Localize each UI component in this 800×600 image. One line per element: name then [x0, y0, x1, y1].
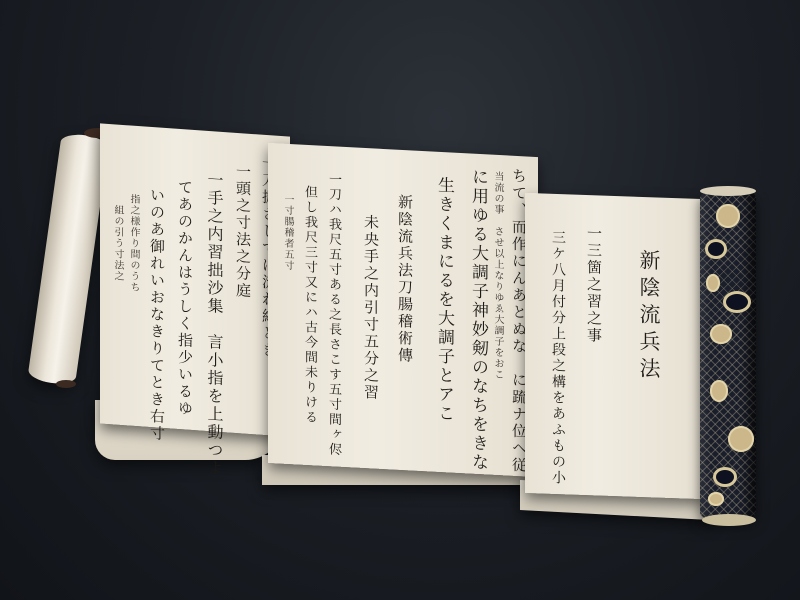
roller-bottom-edge [702, 514, 756, 526]
text-column: 生きくまにるを大調子とアこ [435, 176, 452, 424]
text-column: 三ケ八月付分上段之構をあふもの小 [551, 230, 565, 486]
left-roller-bottom-cap [56, 380, 76, 388]
text-column: 新陰流兵法刀腸稽術傳 [397, 194, 412, 365]
scroll-title: 新陰流兵法 [638, 249, 659, 385]
text-column: いのあ御れいおなきりてとき右寸 [149, 187, 164, 443]
brocade-cover-roller [700, 190, 756, 520]
text-column: 未央手之内引寸五分之習 [363, 214, 378, 402]
scroll-panel-left: 一刀振さしでは流れ縁とき 一頭之寸法之分庭 一手之内習拙沙集 言小指を上動つよ … [100, 123, 290, 436]
leaf-crest-icon [706, 274, 720, 292]
roller-top-edge [700, 186, 756, 196]
fan-crest-icon [710, 324, 732, 344]
leaf-crest-icon [708, 492, 724, 506]
annotation-column: 組の引う寸法之 [112, 204, 122, 282]
paulownia-crest-icon [726, 294, 748, 310]
left-scroll-roller [27, 132, 109, 386]
annotation-column: 当流の事 させ以上なりゆゑ大調子をおこ [492, 171, 502, 381]
flower-crest-icon [716, 204, 740, 228]
flower-crest-icon [728, 426, 754, 452]
leaf-crest-icon [710, 380, 728, 402]
cloud-crest-icon [716, 470, 734, 484]
text-column: に用ゆる大調子神妙剱のなちをきな [469, 167, 486, 472]
text-column: てあのかんはうしく指少いるゆ [177, 179, 192, 418]
text-column: 一頭之寸法之分庭 [235, 163, 250, 300]
text-column: 一刀ハ我尺五寸ある之長さこす五寸間ヶ侭 [327, 172, 340, 458]
cloud-crest-icon [708, 242, 724, 256]
text-column: ちて、而作にんあとぬな に䟽ナ位ヘ従 [511, 168, 526, 475]
scroll-panel-right: 新陰流兵法 一三箇之習之事 三ケ八月付分上段之構をあふもの小 [525, 193, 705, 499]
text-column: 一三箇之習之事 [586, 225, 601, 345]
annotation-column: 一寸腸稽者五寸 [282, 194, 292, 272]
scroll-panel-middle: ちて、而作にんあとぬな に䟽ナ位ヘ従 当流の事 させ以上なりゆゑ大調子をおこ に… [268, 143, 538, 477]
text-column: 一手之内習拙沙集 言小指を上動つよ [206, 171, 222, 478]
text-column: 但し我尺三寸又にハ古今間未りける [303, 185, 316, 426]
annotation-column: 指之様作り間のうち [128, 193, 138, 293]
